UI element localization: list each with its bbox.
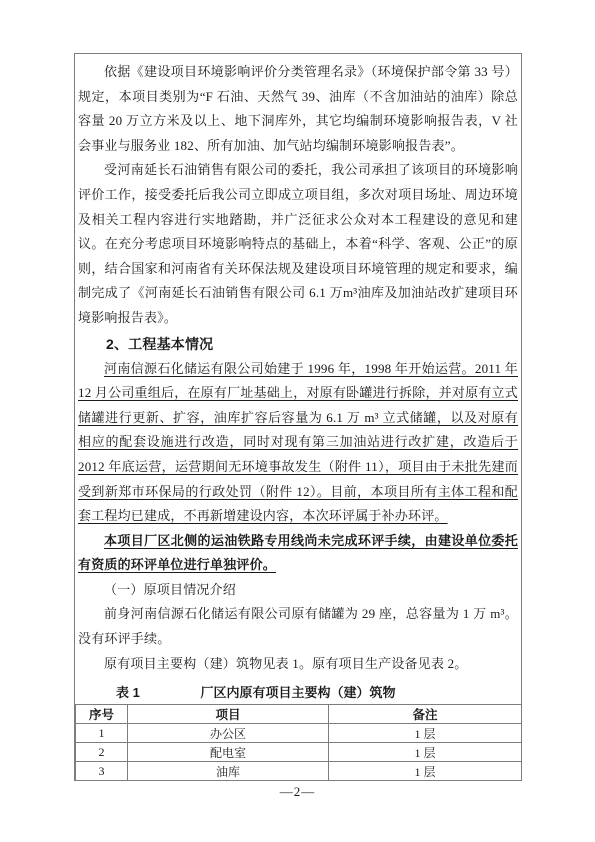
table-1-cell-remark: 1 层 (329, 762, 522, 781)
table-1-caption-label: 表 1 (116, 682, 140, 704)
paragraph-original-tanks: 前身河南信源石化储运有限公司原有储罐为 29 座，总容量为 1 万 m³。没有环… (78, 602, 518, 651)
table-1-header-remark: 备注 (329, 705, 522, 724)
paragraph-railway-note: 本项目厂区北侧的运油铁路专用线尚未完成环评手续，由建设单位委托有资质的环评单位进… (78, 529, 518, 578)
table-1-cell-index: 3 (76, 762, 128, 781)
paragraph-table-reference: 原有项目主要构（建）筑物见表 1。原有项目生产设备见表 2。 (78, 652, 518, 677)
table-1-cell-remark: 1 层 (329, 724, 522, 743)
table-1-caption-title: 厂区内原有项目主要构（建）筑物 (200, 685, 395, 700)
table-1-row: 2 配电室 1 层 (76, 743, 522, 762)
table-1-block: 表 1 厂区内原有项目主要构（建）筑物 序号 项目 备注 1 办公区 1 层 (78, 682, 518, 781)
page-number: —2— (0, 784, 595, 800)
table-1-cell-item: 配电室 (128, 743, 329, 762)
paragraph-commission: 受河南延长石油销售有限公司的委托，我公司承担了该项目的环境影响评价工作，接受委托… (78, 158, 518, 330)
table-1-cell-index: 2 (76, 743, 128, 762)
table-1-cell-index: 1 (76, 724, 128, 743)
table-1-caption: 表 1 厂区内原有项目主要构（建）筑物 (78, 682, 518, 704)
table-1-cell-remark: 1 层 (329, 743, 522, 762)
table-1-row: 3 油库 1 层 (76, 762, 522, 781)
page-frame: 依据《建设项目环境影响评价分类管理名录》（环境保护部令第 33 号）规定，本项目… (74, 53, 522, 781)
table-1-header-index: 序号 (76, 705, 128, 724)
table-1-header-row: 序号 项目 备注 (76, 705, 522, 724)
paragraph-regulation-basis: 依据《建设项目环境影响评价分类管理名录》（环境保护部令第 33 号）规定，本项目… (78, 60, 518, 158)
document-page: 依据《建设项目环境影响评价分类管理名录》（环境保护部令第 33 号）规定，本项目… (0, 0, 595, 842)
section-heading-project-overview: 2、工程基本情况 (78, 331, 518, 357)
paragraph-company-history: 河南信源石化储运有限公司始建于 1996 年，1998 年开始运营。2011 年… (78, 357, 518, 529)
table-1-row: 1 办公区 1 层 (76, 724, 522, 743)
table-1-cell-item: 油库 (128, 762, 329, 781)
table-1-cell-item: 办公区 (128, 724, 329, 743)
subsection-heading-original-project: （一）原项目情况介绍 (78, 578, 518, 603)
table-1: 序号 项目 备注 1 办公区 1 层 2 配电室 1 层 3 油库 1 (75, 704, 522, 781)
table-1-header-item: 项目 (128, 705, 329, 724)
